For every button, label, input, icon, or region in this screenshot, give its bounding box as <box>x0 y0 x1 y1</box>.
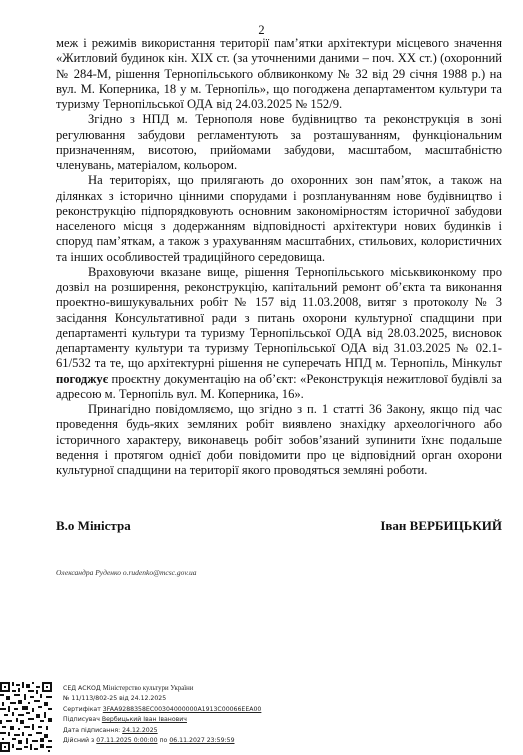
certificate-value: 3FAA9288358EC00304000000A1913C00066EEA00 <box>103 706 262 713</box>
signature-block: В.о Міністра Іван ВЕРБИЦЬКИЙ <box>56 518 502 534</box>
valid-from-label: Дійсний з <box>63 737 94 744</box>
signer-value: Вербицький Іван Іванович <box>102 716 187 723</box>
paragraph-4: Враховуючи вказане вище, рішення Тернопі… <box>56 265 502 402</box>
letter-body: меж і режимів використання території пам… <box>56 36 502 478</box>
paragraph-4-text-after: проєктну документацію на об’єкт: «Реконс… <box>56 372 502 401</box>
sign-date-label: Дата підписання: <box>63 727 120 734</box>
certificate-label: Сертифікат <box>63 706 101 713</box>
sign-date-value: 24.12.2025 <box>122 727 157 734</box>
e-signature-details: СЕД АСКОД Міністерство культури України … <box>63 684 261 746</box>
approval-word: погоджує <box>56 372 108 386</box>
paragraph-5: Принагідно повідомляємо, що згідно з п. … <box>56 402 502 478</box>
valid-to-label: по <box>160 737 168 744</box>
executor-contact: Олександра Руденко o.rudenko@mcsc.gov.ua <box>56 568 197 577</box>
paragraph-1: меж і режимів використання території пам… <box>56 36 502 112</box>
paragraph-3: На територіях, що прилягають до охоронни… <box>56 173 502 265</box>
stamp-system-line: СЕД АСКОД Міністерство культури України <box>63 684 261 694</box>
signer-label: Підписувач <box>63 716 100 723</box>
stamp-validity-line: Дійсний з 07.11.2025 0:00:00 по 06.11.20… <box>63 736 261 746</box>
e-signature-stamp: СЕД АСКОД Міністерство культури України … <box>0 682 300 752</box>
valid-to-value: 06.11.2027 23:59:59 <box>169 737 234 744</box>
paragraph-4-text-before: Враховуючи вказане вище, рішення Тернопі… <box>56 265 502 371</box>
stamp-signer-line: Підписувач Вербицький Іван Іванович <box>63 715 261 725</box>
stamp-certificate-line: Сертифікат 3FAA9288358EC00304000000A1913… <box>63 705 261 715</box>
stamp-system: СЕД АСКОД <box>63 685 101 692</box>
qr-code-icon <box>0 682 52 752</box>
signer-position: В.о Міністра <box>56 518 131 534</box>
valid-from-value: 07.11.2025 0:00:00 <box>96 737 157 744</box>
stamp-date-line: Дата підписання: 24.12.2025 <box>63 726 261 736</box>
signer-name: Іван ВЕРБИЦЬКИЙ <box>380 518 502 534</box>
paragraph-2: Згідно з НПД м. Тернополя нове будівницт… <box>56 112 502 173</box>
stamp-organization: Міністерство культури України <box>103 685 194 692</box>
stamp-reg-number: № 11/113/802-25 від 24.12.2025 <box>63 694 261 704</box>
